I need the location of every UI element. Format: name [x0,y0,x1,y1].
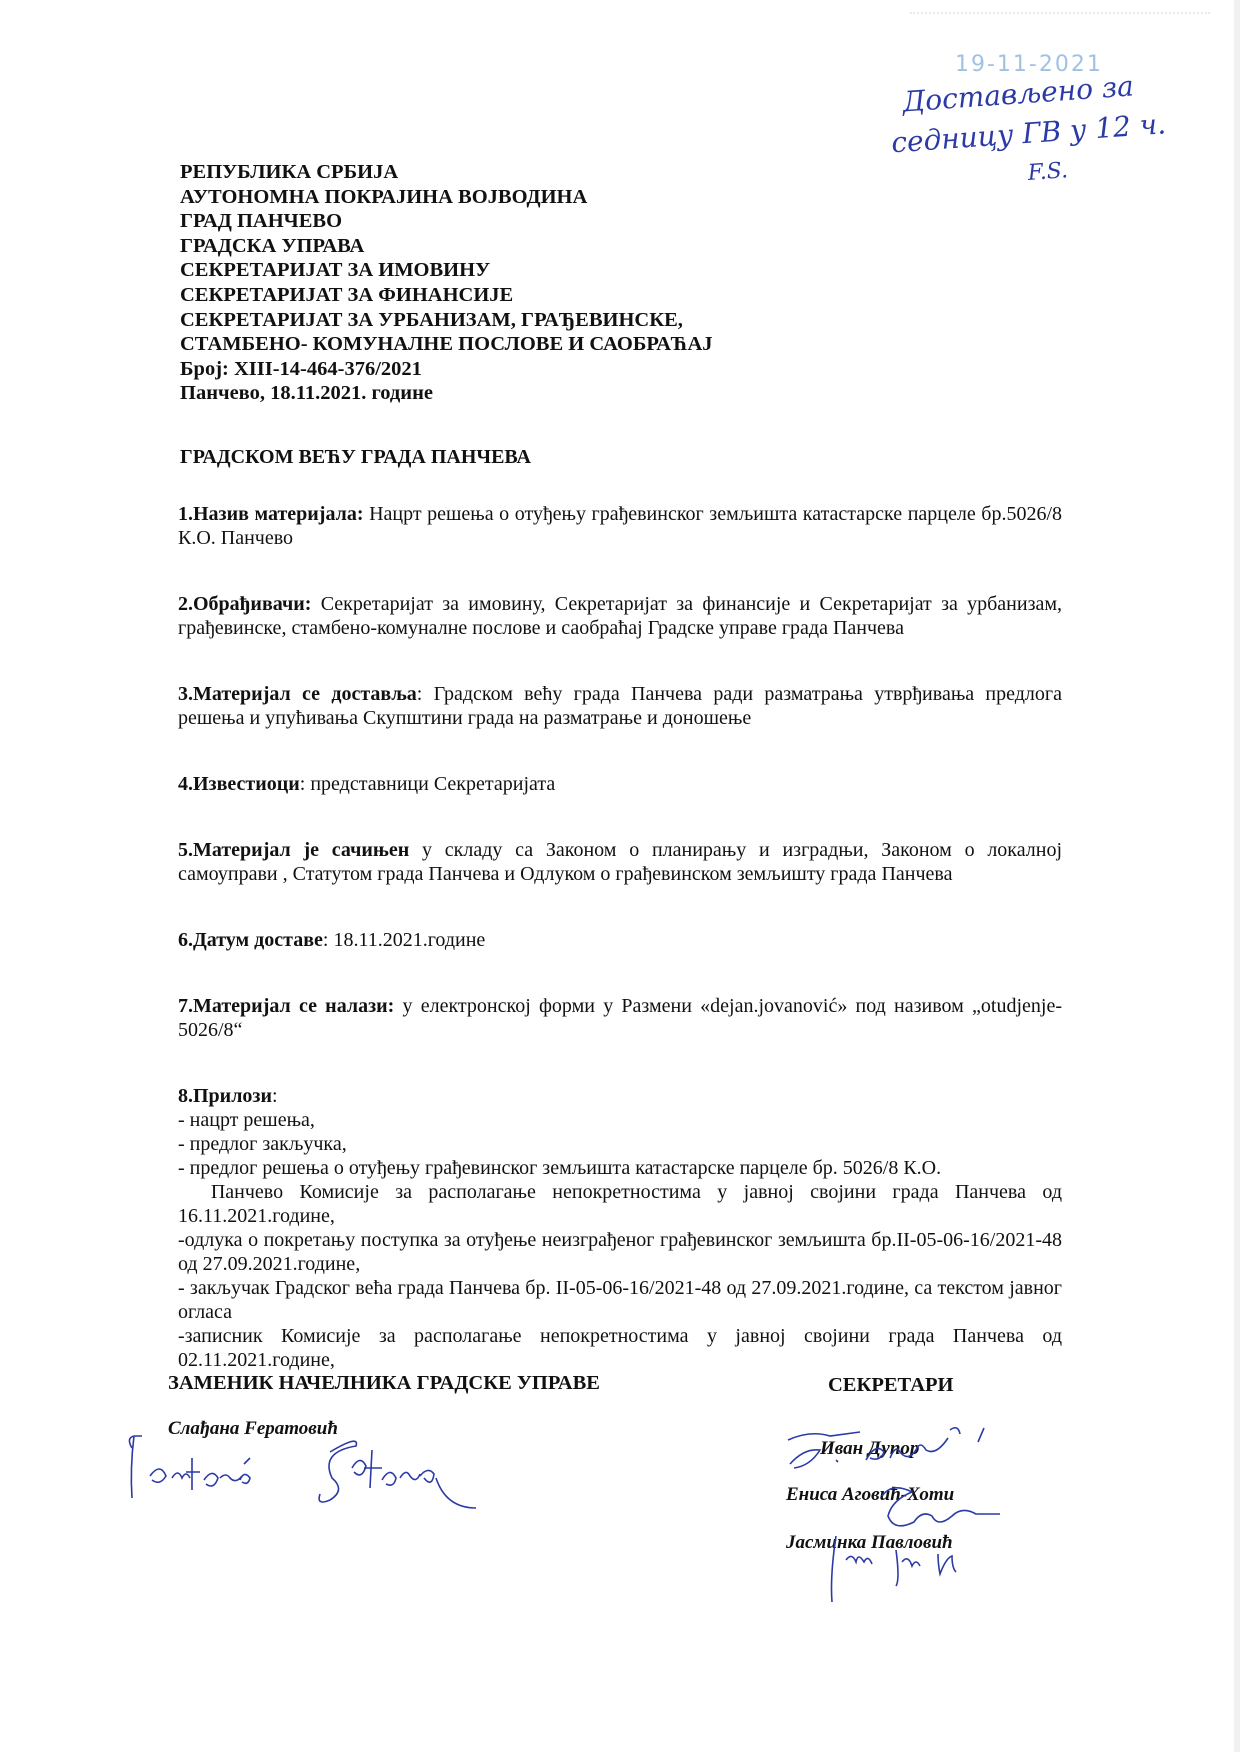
document-number: Број: XIII-14-464-376/2021 [180,357,713,382]
item-legal-basis: 5.Материјал је сачињен у складу са Закон… [178,838,1062,886]
attachment-item: - закључак Градског већа града Панчева б… [178,1276,1062,1324]
item-delivered-to: 3.Материјал се доставља: Градском већу г… [178,682,1062,730]
handwritten-signature-secretaries [770,1420,1030,1610]
item-label: 1.Назив материјала: [178,503,364,525]
item-text: : представници Секретаријата [300,773,555,795]
item-rapporteurs: 4.Известиоци: представници Секретаријата [178,772,1062,796]
item-label: 6.Датум доставе [178,929,323,951]
header-line: АУТОНОМНА ПОКРАЈИНА ВОЈВОДИНА [180,185,713,210]
attachment-item: Панчево Комисије за располагање непокрет… [178,1180,1062,1228]
item-label: 2.Обрађивачи: [178,593,311,615]
attachment-item: -одлука о покретању поступка за отуђење … [178,1228,1062,1276]
secretaries-title: СЕКРЕТАРИ [828,1374,953,1397]
attachment-item: - предлог решења о отуђењу грађевинског … [178,1156,1062,1180]
attachments-section: 8.Прилози: - нацрт решења, - предлог зак… [178,1084,1062,1372]
item-label: 4.Известиоци [178,773,300,795]
item-processors: 2.Обрађивачи: Секретаријат за имовину, С… [178,592,1062,640]
handwritten-note: Достављено за седницу ГВ у 12 ч. F.S. [901,62,1209,203]
document-page: 19-11-2021 Достављено за седницу ГВ у 12… [0,0,1240,1752]
attachments-label: 8.Прилози [178,1085,272,1107]
item-text: : 18.11.2021.године [323,929,485,951]
item-material-location: 7.Материјал се налази: у електронској фо… [178,994,1062,1042]
attachment-item: - нацрт решења, [178,1108,1062,1132]
item-label: 5.Материјал је сачињен [178,839,409,861]
header-line: СЕКРЕТАРИЈАТ ЗА ИМОВИНУ [180,258,713,283]
item-label: 7.Материјал се налази: [178,995,394,1017]
document-header: РЕПУБЛИКА СРБИЈА АУТОНОМНА ПОКРАЈИНА ВОЈ… [180,160,713,406]
attachments-heading: 8.Прилози: [178,1084,1062,1108]
document-body: 1.Назив материјала: Нацрт решења о отуђе… [178,502,1062,1372]
header-line: ГРАД ПАНЧЕВО [180,209,713,234]
item-delivery-date: 6.Датум доставе: 18.11.2021.године [178,928,1062,952]
header-line: РЕПУБЛИКА СРБИЈА [180,160,713,185]
item-text: Секретаријат за имовину, Секретаријат за… [178,593,1062,639]
header-line: СЕКРЕТАРИЈАТ ЗА ФИНАНСИЈЕ [180,283,713,308]
addressee: ГРАДСКОМ ВЕЋУ ГРАДА ПАНЧЕВА [180,446,531,469]
attachment-item: - предлог закључка, [178,1132,1062,1156]
attachments-colon: : [272,1085,278,1107]
place-and-date: Панчево, 18.11.2021. године [180,381,713,406]
header-line: СТАМБЕНО- КОМУНАЛНЕ ПОСЛОВЕ И САОБРАЋАЈ [180,332,713,357]
scan-edge [1234,0,1240,1752]
deputy-head-title: ЗАМЕНИК НАЧЕЛНИКА ГРАДСКЕ УПРАВЕ [168,1372,600,1395]
header-line: СЕКРЕТАРИЈАТ ЗА УРБАНИЗАМ, ГРАЂЕВИНСКЕ, [180,308,713,333]
attachment-item: -записник Комисије за располагање непокр… [178,1324,1062,1372]
handwritten-signature-left [120,1428,520,1518]
item-label: 3.Материјал се доставља [178,683,417,705]
item-material-name: 1.Назив материјала: Нацрт решења о отуђе… [178,502,1062,550]
header-line: ГРАДСКА УПРАВА [180,234,713,259]
